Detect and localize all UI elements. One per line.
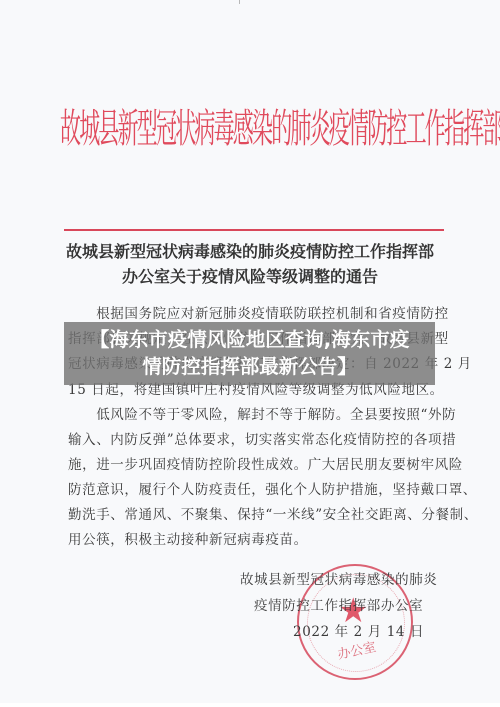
body-line: 防范意识，履行个人防疫责任，强化个人防护措施，坚持戴口罩、 <box>68 480 438 500</box>
caption-line-2: 情防控指挥部最新公告】 <box>64 353 435 380</box>
body-line: 施，进一步巩固疫情防控阶段性成效。广大居民朋友要树牢风险 <box>68 455 438 475</box>
body-line: 低风险不等于零风险，解封不等于解防。全县要按照“外防 <box>68 405 438 425</box>
signature-line-2: 疫情防控工作指挥部办公室 <box>254 596 423 616</box>
body-line: 输入、内防反弹”总体要求，切实落实常态化疫情防控的各项措 <box>68 430 438 450</box>
signature-line-1: 故城县新型冠状病毒感染的肺炎 <box>240 570 437 590</box>
page-edge-mark <box>239 0 240 4</box>
document-title-line-1: 故城县新型冠状病毒感染的肺炎疫情防控工作指挥部 <box>0 239 500 265</box>
signature-date: 2022 年 2 月 14 日 <box>293 622 424 642</box>
body-line: 用公筷，积极主动接种新冠病毒疫苗。 <box>68 530 438 550</box>
caption-line-1: 【海东市疫情风险地区查询,海东市疫 <box>64 326 435 353</box>
body-line: 勤洗手、常通风、不聚集、保持“一米线”安全社交距离、分餐制、 <box>68 505 438 525</box>
page-bottom-edge <box>0 703 500 707</box>
body-line: 根据国务院应对新冠肺炎疫情联防联控机制和省疫情防控 <box>68 304 438 324</box>
red-divider-rule <box>64 229 444 231</box>
document-page: 故城县新型冠状病毒感染的肺炎疫情防控工作指挥部办公室 故城县新型冠状病毒感染的肺… <box>0 0 500 703</box>
document-title-line-2: 办公室关于疫情风险等级调整的通告 <box>0 264 500 290</box>
letterhead: 故城县新型冠状病毒感染的肺炎疫情防控工作指挥部办公室 <box>60 104 450 153</box>
caption-overlay-banner: 【海东市疫情风险地区查询,海东市疫 情防控指挥部最新公告】 <box>64 322 435 385</box>
